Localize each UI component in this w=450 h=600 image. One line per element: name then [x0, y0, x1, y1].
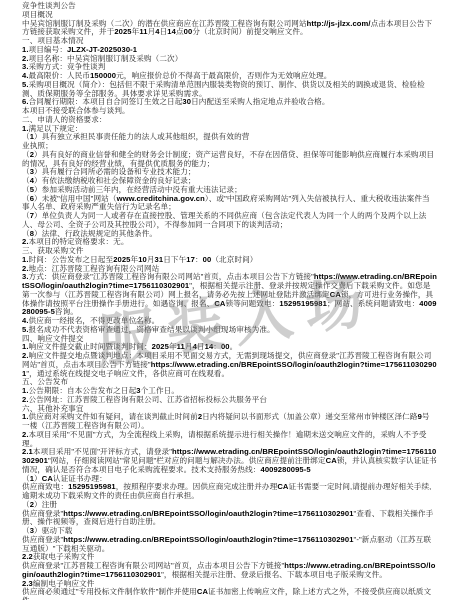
document-paragraph: 5.报名成功不代表资格审查通过，资格审查结果以谈判小组现场审核为准。	[22, 326, 437, 335]
document-paragraph: 中吴宾馆制服订制及采购（二次）的潜在供应商应在江苏晋陵工程咨询有限公司网站htt…	[22, 20, 437, 38]
document-paragraph: 供应商必须通过"专用投标文件制作软件"制作并使用CA证书加密上传响应文件，除上述…	[22, 588, 437, 600]
document-body: 竞争性谈判公告项目概况中吴宾馆制服订制及采购（二次）的潜在供应商应在江苏晋陵工程…	[22, 2, 437, 600]
document-paragraph: 3.方式：供应商登录"江苏晋陵工程咨询有限公司网站"首页，点击本项目公告下方链接…	[22, 273, 437, 317]
document-paragraph: 2.1本项目采用"不见面"开评标方式，请登录"https://www.etrad…	[22, 448, 437, 474]
document-paragraph: 2.本项目的特定资格要求：无。	[22, 238, 437, 247]
document-paragraph: 1.供应商对采购文件如有疑问，请在谈判截止时间前2日内将疑问以书面形式（加盖公章…	[22, 413, 437, 431]
document-paragraph: 2.响应文件提交地点暨谈判地点：本项目采用不见面交易方式，无需到现场提交，供应商…	[22, 352, 437, 378]
document-paragraph: 供应商登录"江苏晋陵工程咨询有限公司网站"首页，点击本项目公告下方链接"http…	[22, 562, 437, 580]
document-paragraph: 二、申请人的资格要求：	[22, 116, 437, 125]
document-paragraph: （2）具有良好的商业信誉和健全的财务会计制度；资产运营良好，不存在因借贷、担保等…	[22, 151, 437, 169]
document-paragraph: 竞争性谈判公告	[22, 2, 437, 11]
announcement-document: 竞争性谈判公告项目概况中吴宾馆制服订制及采购（二次）的潜在供应商应在江苏晋陵工程…	[0, 0, 450, 600]
document-paragraph: 供应商登录"https://www.etrading.cn/BREpointSS…	[22, 536, 437, 554]
document-paragraph: 供应商登录"https://www.etrading.cn/BREpointSS…	[22, 510, 437, 528]
document-paragraph: 5.采购项目概况（简介）：包括但不限于采购清单范围内服装类物资的预订、制作、供货…	[22, 81, 437, 99]
document-paragraph: 2.公告网址：江苏晋陵工程咨询有限公司、江苏省招标投标公共服务平台	[22, 396, 437, 405]
document-paragraph: （7）单位负责人为同一人或者存在直接控股、管理关系的不同供应商（包含法定代表人为…	[22, 212, 437, 230]
document-paragraph: 供应商致电：15295195981，按照程序要求办理。因供应商完成注册并办理CA…	[22, 483, 437, 501]
document-paragraph: 2.本项目采用"不见面"方式，为全流程线上采购，请根据系统提示进行相关操作！逾期…	[22, 431, 437, 449]
document-paragraph: （1）具有独立承担民事责任能力的法人或其他组织，提供有效的营	[22, 133, 437, 142]
document-paragraph: （6）未被"信用中国"网站（www.creditchina.gov.cn）、或"…	[22, 195, 437, 213]
